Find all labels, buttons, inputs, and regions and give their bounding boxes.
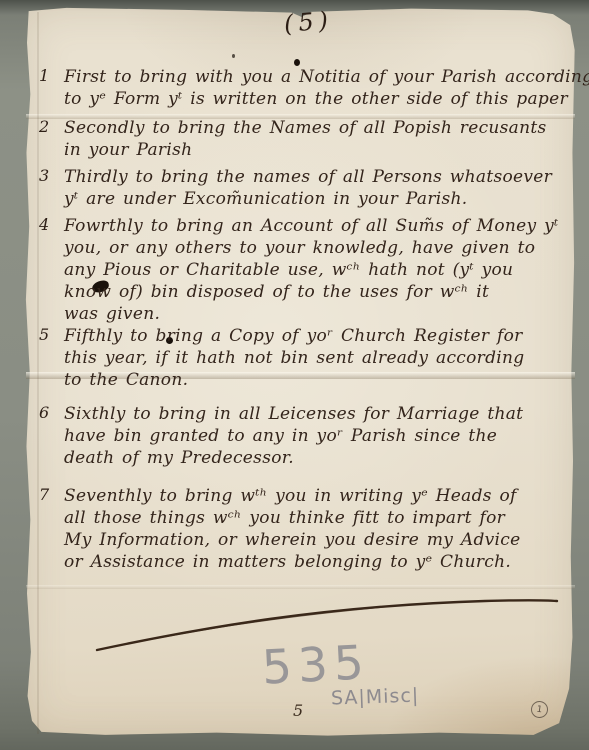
text-line: My Information, or wherein you desire my… — [64, 529, 570, 551]
text-line: was given. — [64, 303, 570, 325]
list-item: 5 Fifthly to bring a Copy of yoʳ Church … — [34, 325, 570, 391]
item-number: 5 — [34, 325, 64, 391]
page-heading: (5) — [283, 6, 334, 38]
circled-folio-number: 1 — [530, 700, 549, 719]
numbered-instruction-list: 1 First to bring with you a Notitia of y… — [34, 66, 570, 573]
item-number: 6 — [34, 403, 64, 469]
item-text: Secondly to bring the Names of all Popis… — [64, 117, 570, 161]
pencil-shelfmark: SA|Misc| — [331, 684, 420, 709]
item-number: 4 — [34, 215, 64, 325]
photograph-background: (5) 1 First to bring with you a Notitia … — [0, 0, 589, 750]
list-item: 4 Fowrthly to bring an Account of all Su… — [34, 215, 570, 325]
manuscript-content: (5) 1 First to bring with you a Notitia … — [0, 0, 589, 750]
text-line: this year, if it hath not bin sent alrea… — [64, 347, 570, 369]
text-line: have bin granted to any in yoʳ Parish si… — [64, 425, 570, 447]
text-line: Secondly to bring the Names of all Popis… — [64, 117, 570, 139]
text-line: yᵗ are under Excom̃unication in your Par… — [64, 188, 570, 210]
text-line: know of) bin disposed of to the uses for… — [64, 281, 570, 303]
text-line: Fowrthly to bring an Account of all Sum̃… — [64, 215, 570, 237]
list-item: 7 Seventhly to bring wᵗʰ you in writing … — [34, 485, 570, 573]
folio-number-text: 1 — [536, 704, 543, 715]
ink-dot — [294, 59, 300, 66]
ink-speck — [232, 54, 235, 58]
text-line: to the Canon. — [64, 369, 570, 391]
text-line: all those things wᶜʰ you thinke fitt to … — [64, 507, 570, 529]
text-line: Fifthly to bring a Copy of yoʳ Church Re… — [64, 325, 570, 347]
item-text: Fifthly to bring a Copy of yoʳ Church Re… — [64, 325, 570, 391]
text-line: Seventhly to bring wᵗʰ you in writing yᵉ… — [64, 485, 570, 507]
text-line: any Pious or Charitable use, wᶜʰ hath no… — [64, 259, 570, 281]
list-item: 2 Secondly to bring the Names of all Pop… — [34, 117, 570, 161]
item-number: 3 — [34, 166, 64, 210]
list-item: 6 Sixthly to bring in all Leicenses for … — [34, 403, 570, 469]
footer-page-number: 5 — [293, 701, 303, 720]
item-number: 2 — [34, 117, 64, 161]
text-line: First to bring with you a Notitia of you… — [64, 66, 589, 88]
text-line: to yᵉ Form yᵗ is written on the other si… — [64, 88, 589, 110]
text-line: Sixthly to bring in all Leicenses for Ma… — [64, 403, 570, 425]
text-line: Thirdly to bring the names of all Person… — [64, 166, 570, 188]
text-line: in your Parish — [64, 139, 570, 161]
item-number: 7 — [34, 485, 64, 573]
item-text: Thirdly to bring the names of all Person… — [64, 166, 570, 210]
item-number: 1 — [34, 66, 64, 110]
text-line: or Assistance in matters belonging to yᵉ… — [64, 551, 570, 573]
text-line: you, or any others to your knowledg, hav… — [64, 237, 570, 259]
item-text: Fowrthly to bring an Account of all Sum̃… — [64, 215, 570, 325]
text-line: death of my Predecessor. — [64, 447, 570, 469]
item-text: First to bring with you a Notitia of you… — [64, 66, 589, 110]
list-item: 3 Thirdly to bring the names of all Pers… — [34, 166, 570, 210]
item-text: Seventhly to bring wᵗʰ you in writing yᵉ… — [64, 485, 570, 573]
list-item: 1 First to bring with you a Notitia of y… — [34, 66, 570, 110]
item-text: Sixthly to bring in all Leicenses for Ma… — [64, 403, 570, 469]
